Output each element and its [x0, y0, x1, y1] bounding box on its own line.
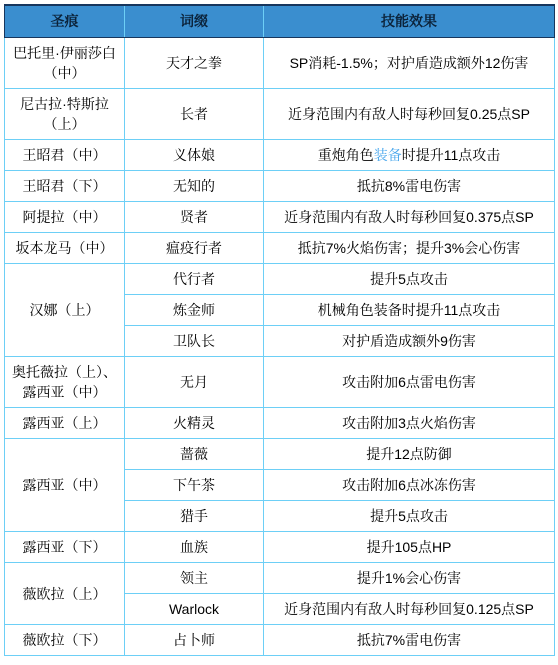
- effect-text: 对护盾造成额外9伤害: [342, 333, 476, 349]
- affix-cell: 猎手: [125, 501, 264, 532]
- effect-cell: 抵抗7%雷电伤害: [264, 625, 555, 656]
- effect-text: 抵抗7%雷电伤害: [357, 632, 461, 648]
- stigmata-name-cell: 露西亚（上）: [5, 408, 125, 439]
- table-row: 汉娜（上）代行者提升5点攻击: [5, 264, 555, 295]
- effect-cell: 提升1%会心伤害: [264, 563, 555, 594]
- effect-cell: 提升5点攻击: [264, 501, 555, 532]
- affix-cell: 领主: [125, 563, 264, 594]
- table-header-row: 圣痕词缀技能效果: [5, 5, 555, 38]
- effect-text: 提升5点攻击: [370, 508, 448, 524]
- effect-cell: SP消耗-1.5%；对护盾造成额外12伤害: [264, 38, 555, 89]
- stigmata-name-cell: 露西亚（中）: [5, 439, 125, 532]
- effect-cell: 抵抗8%雷电伤害: [264, 171, 555, 202]
- effect-cell: 近身范围内有敌人时每秒回复0.25点SP: [264, 89, 555, 140]
- table-row: 巴托里·伊丽莎白（中）天才之拳SP消耗-1.5%；对护盾造成额外12伤害: [5, 38, 555, 89]
- effect-text: 时提升11点攻击: [402, 147, 501, 163]
- affix-cell: 瘟疫行者: [125, 233, 264, 264]
- wiki-page: 圣痕词缀技能效果 巴托里·伊丽莎白（中）天才之拳SP消耗-1.5%；对护盾造成额…: [0, 0, 558, 660]
- stigmata-name-cell: 坂本龙马（中）: [5, 233, 125, 264]
- affix-cell: 义体娘: [125, 140, 264, 171]
- stigmata-affix-table: 圣痕词缀技能效果 巴托里·伊丽莎白（中）天才之拳SP消耗-1.5%；对护盾造成额…: [4, 4, 555, 656]
- effect-cell: 攻击附加3点火焰伤害: [264, 408, 555, 439]
- stigmata-name-cell: 王昭君（中）: [5, 140, 125, 171]
- effect-text: 攻击附加6点冰冻伤害: [342, 477, 476, 493]
- effect-text: 提升105点HP: [367, 539, 452, 555]
- effect-text: 提升1%会心伤害: [357, 570, 461, 586]
- effect-text: 机械角色装备时提升11点攻击: [318, 302, 501, 318]
- effect-text: 抵抗7%火焰伤害；提升3%会心伤害: [298, 240, 520, 256]
- effect-text: 近身范围内有敌人时每秒回复0.125点SP: [284, 601, 534, 617]
- table-row: 薇欧拉（下）占卜师抵抗7%雷电伤害: [5, 625, 555, 656]
- stigmata-name-cell: 薇欧拉（下）: [5, 625, 125, 656]
- affix-cell: 占卜师: [125, 625, 264, 656]
- affix-cell: 血族: [125, 532, 264, 563]
- column-header-stigmata: 圣痕: [5, 5, 125, 38]
- effect-cell: 重炮角色装备时提升11点攻击: [264, 140, 555, 171]
- effect-text: 重炮角色: [318, 147, 374, 163]
- effect-cell: 抵抗7%火焰伤害；提升3%会心伤害: [264, 233, 555, 264]
- effect-text: SP消耗-1.5%；对护盾造成额外12伤害: [290, 55, 529, 71]
- effect-text: 抵抗8%雷电伤害: [357, 178, 461, 194]
- stigmata-name-cell: 薇欧拉（上）: [5, 563, 125, 625]
- affix-cell: 贤者: [125, 202, 264, 233]
- table-row: 王昭君（中）义体娘重炮角色装备时提升11点攻击: [5, 140, 555, 171]
- affix-cell: Warlock: [125, 594, 264, 625]
- stigmata-name-cell: 王昭君（下）: [5, 171, 125, 202]
- table-row: 露西亚（下）血族提升105点HP: [5, 532, 555, 563]
- effect-text: 攻击附加3点火焰伤害: [342, 415, 476, 431]
- table-row: 阿提拉（中）贤者近身范围内有敌人时每秒回复0.375点SP: [5, 202, 555, 233]
- affix-cell: 火精灵: [125, 408, 264, 439]
- effect-cell: 提升105点HP: [264, 532, 555, 563]
- stigmata-name-cell: 巴托里·伊丽莎白（中）: [5, 38, 125, 89]
- effect-text: 提升5点攻击: [370, 271, 448, 287]
- affix-cell: 代行者: [125, 264, 264, 295]
- effect-cell: 攻击附加6点冰冻伤害: [264, 470, 555, 501]
- affix-cell: 下午茶: [125, 470, 264, 501]
- affix-cell: 无知的: [125, 171, 264, 202]
- affix-cell: 蔷薇: [125, 439, 264, 470]
- effect-text: 提升12点防御: [366, 446, 452, 462]
- effect-text: 攻击附加6点雷电伤害: [342, 374, 476, 390]
- effect-text: 近身范围内有敌人时每秒回复0.375点SP: [284, 209, 534, 225]
- effect-cell: 提升5点攻击: [264, 264, 555, 295]
- table-row: 尼古拉·特斯拉（上）长者近身范围内有敌人时每秒回复0.25点SP: [5, 89, 555, 140]
- table-row: 薇欧拉（上）领主提升1%会心伤害: [5, 563, 555, 594]
- effect-cell: 攻击附加6点雷电伤害: [264, 357, 555, 408]
- effect-text: 近身范围内有敌人时每秒回复0.25点SP: [288, 106, 530, 122]
- stigmata-name-cell: 阿提拉（中）: [5, 202, 125, 233]
- affix-cell: 长者: [125, 89, 264, 140]
- effect-cell: 近身范围内有敌人时每秒回复0.125点SP: [264, 594, 555, 625]
- stigmata-name-cell: 奥托薇拉（上）、露西亚（中）: [5, 357, 125, 408]
- table-row: 王昭君（下）无知的抵抗8%雷电伤害: [5, 171, 555, 202]
- effect-cell: 近身范围内有敌人时每秒回复0.375点SP: [264, 202, 555, 233]
- effect-cell: 提升12点防御: [264, 439, 555, 470]
- stigmata-name-cell: 汉娜（上）: [5, 264, 125, 357]
- effect-cell: 机械角色装备时提升11点攻击: [264, 295, 555, 326]
- table-body: 巴托里·伊丽莎白（中）天才之拳SP消耗-1.5%；对护盾造成额外12伤害尼古拉·…: [5, 38, 555, 656]
- column-header-effect: 技能效果: [264, 5, 555, 38]
- table-row: 露西亚（上）火精灵攻击附加3点火焰伤害: [5, 408, 555, 439]
- header-row: 圣痕词缀技能效果: [5, 5, 555, 38]
- stigmata-name-cell: 露西亚（下）: [5, 532, 125, 563]
- stigmata-name-cell: 尼古拉·特斯拉（上）: [5, 89, 125, 140]
- affix-cell: 卫队长: [125, 326, 264, 357]
- affix-cell: 天才之拳: [125, 38, 264, 89]
- table-row: 奥托薇拉（上）、露西亚（中）无月攻击附加6点雷电伤害: [5, 357, 555, 408]
- table-row: 露西亚（中）蔷薇提升12点防御: [5, 439, 555, 470]
- effect-cell: 对护盾造成额外9伤害: [264, 326, 555, 357]
- column-header-affix: 词缀: [125, 5, 264, 38]
- table-row: 坂本龙马（中）瘟疫行者抵抗7%火焰伤害；提升3%会心伤害: [5, 233, 555, 264]
- equipment-link[interactable]: 装备: [374, 147, 402, 163]
- affix-cell: 无月: [125, 357, 264, 408]
- affix-cell: 炼金师: [125, 295, 264, 326]
